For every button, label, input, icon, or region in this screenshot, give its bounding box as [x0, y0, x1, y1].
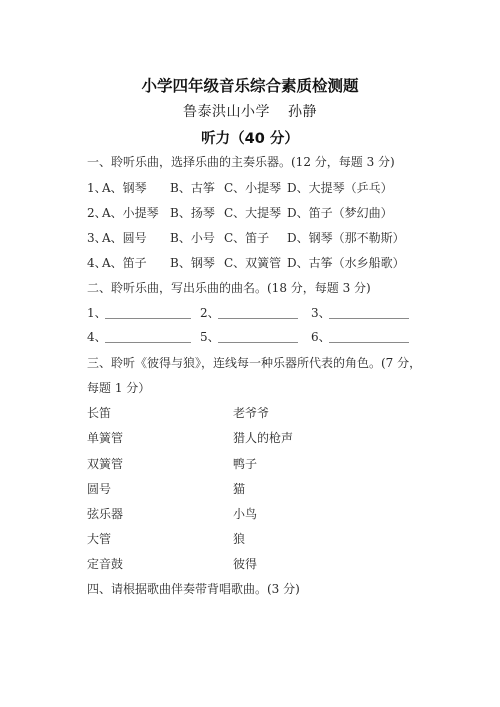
blank-number: 1、	[87, 304, 107, 321]
instrument-item: 长笛	[87, 404, 111, 421]
instrument-item: 双簧管	[87, 455, 123, 472]
option-d: D、古筝（水乡船歌）	[287, 254, 405, 271]
option-a: A、圆号	[102, 229, 147, 246]
instrument-item: 弦乐器	[87, 505, 123, 522]
question-row: 3、 A、圆号 B、小号 C、笛子 D、钢琴（那不勒斯）	[87, 229, 417, 245]
instrument-item: 定音鼓	[87, 555, 123, 572]
option-d: D、大提琴（乒乓）	[287, 179, 393, 196]
answer-blank[interactable]	[329, 318, 409, 319]
blank-number: 5、	[200, 328, 220, 345]
blank-number: 2、	[200, 304, 220, 321]
part3-heading-cont: 每题 1 分）	[87, 379, 150, 396]
question-row: 1、 A、钢琴 B、古筝 C、小提琴 D、大提琴（乒乓）	[87, 179, 417, 195]
answer-blank[interactable]	[329, 342, 409, 343]
option-c: C、笛子	[224, 229, 269, 246]
section-heading: 听力（40 分）	[0, 127, 500, 148]
exam-page: 小学四年级音乐综合素质检测题 鲁泰洪山小学孙静 听力（40 分） 一、聆听乐曲，…	[0, 0, 500, 707]
instrument-item: 圆号	[87, 480, 111, 497]
answer-blank[interactable]	[105, 342, 191, 343]
character-item: 鸭子	[233, 455, 257, 472]
option-d: D、笛子（梦幻曲）	[287, 204, 393, 221]
option-b: B、小号	[170, 229, 215, 246]
document-title: 小学四年级音乐综合素质检测题	[0, 74, 500, 96]
option-b: B、钢琴	[170, 254, 215, 271]
character-item: 彼得	[233, 555, 257, 572]
school-name: 鲁泰洪山小学	[183, 104, 270, 120]
part4-heading: 四、请根据歌曲伴奏带背唱歌曲。(3 分)	[87, 580, 300, 597]
option-a: A、小提琴	[102, 204, 159, 221]
answer-blank[interactable]	[218, 342, 298, 343]
part3-heading: 三、聆听《彼得与狼》，连线每一种乐器所代表的角色。(7 分，	[87, 354, 421, 371]
blank-row: 1、 2、 3、	[87, 304, 417, 320]
option-a: A、钢琴	[102, 179, 147, 196]
answer-blank[interactable]	[218, 318, 298, 319]
part2-heading: 二、聆听乐曲，写出乐曲的曲名。(18 分，每题 3 分)	[87, 279, 371, 296]
option-c: C、双簧管	[224, 254, 281, 271]
option-d: D、钢琴（那不勒斯）	[287, 229, 405, 246]
character-item: 老爷爷	[233, 404, 269, 421]
author-name: 孙静	[288, 104, 317, 120]
answer-blank[interactable]	[105, 318, 191, 319]
character-item: 猫	[233, 480, 245, 497]
instrument-item: 单簧管	[87, 429, 123, 446]
question-row: 4、 A、笛子 B、钢琴 C、双簧管 D、古筝（水乡船歌）	[87, 254, 417, 270]
blank-number: 6、	[311, 328, 331, 345]
character-item: 猎人的枪声	[233, 429, 293, 446]
option-c: C、大提琴	[224, 204, 281, 221]
option-b: B、扬琴	[170, 204, 215, 221]
question-row: 2、 A、小提琴 B、扬琴 C、大提琴 D、笛子（梦幻曲）	[87, 204, 417, 220]
option-c: C、小提琴	[224, 179, 281, 196]
blank-row: 4、 5、 6、	[87, 328, 417, 344]
option-b: B、古筝	[170, 179, 215, 196]
blank-number: 4、	[87, 328, 107, 345]
part1-heading: 一、聆听乐曲，选择乐曲的主奏乐器。(12 分，每题 3 分)	[87, 153, 395, 170]
character-item: 狼	[233, 530, 245, 547]
blank-number: 3、	[311, 304, 331, 321]
document-byline: 鲁泰洪山小学孙静	[0, 101, 500, 121]
option-a: A、笛子	[102, 254, 147, 271]
character-item: 小鸟	[233, 505, 257, 522]
instrument-item: 大管	[87, 530, 111, 547]
